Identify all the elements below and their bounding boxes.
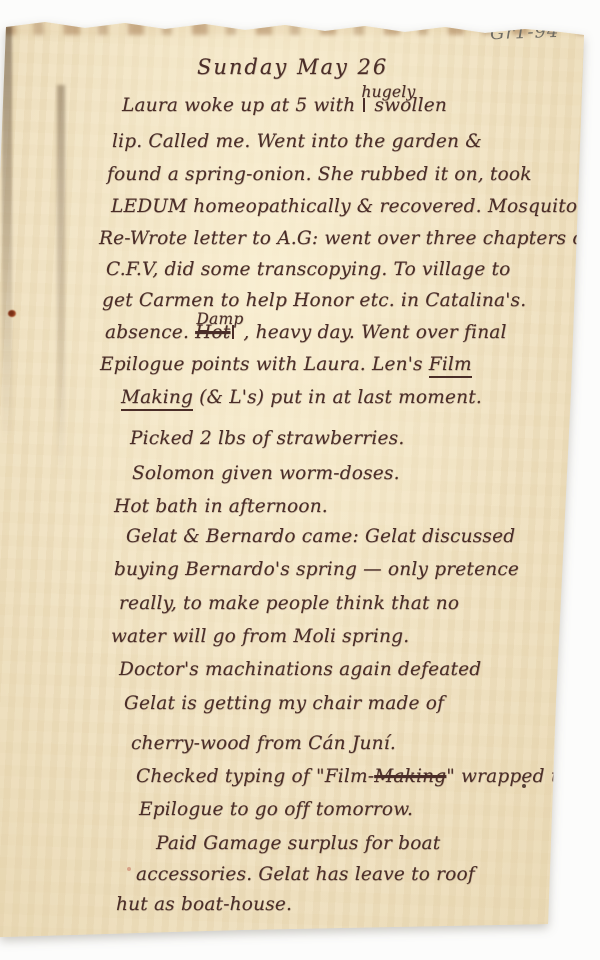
text-segment: Epilogue points with Laura. Len's: [100, 354, 429, 375]
manuscript-line: Making (& L's) put in at last moment.: [121, 389, 482, 408]
text-segment: absence.: [105, 322, 195, 343]
text-segment: Re-Wrote letter to A.G: went over three …: [99, 228, 591, 249]
text-segment: hut as boat-house.: [116, 894, 292, 915]
text-segment: buying Bernardo's spring — only pretence: [114, 559, 519, 580]
text-segment: Picked 2 lbs of strawberries.: [130, 428, 404, 449]
text-segment: C.F.V, did some transcopying. To village…: [106, 259, 511, 280]
manuscript-line: hut as boat-house.: [116, 896, 292, 915]
text-segment: found a spring-onion. She rubbed it on, …: [107, 164, 532, 185]
manuscript-line: get Carmen to help Honor etc. in Catalin…: [102, 292, 526, 311]
manuscript-line: absence. HotDamp, heavy day. Went over f…: [105, 324, 507, 343]
text-segment: " wrapped up: [446, 766, 575, 787]
text-segment: Solomon given worm-doses.: [132, 463, 400, 484]
text-segment: cherry-wood from Cán Juní.: [131, 733, 396, 754]
manuscript-line: lip. Called me. Went into the garden &: [112, 133, 482, 152]
text-segment: Hot bath in afternoon.: [114, 496, 328, 517]
scan-background: Gr1-94 Sunday May 26 Laura woke up at 5 …: [0, 0, 600, 960]
text-segment: , heavy day. Went over final: [243, 322, 506, 343]
ink-spot: [8, 310, 16, 317]
manuscript-line: cherry-wood from Cán Juní.: [131, 735, 396, 754]
manuscript-line: Picked 2 lbs of strawberries.: [130, 430, 404, 449]
manuscript-line: Epilogue points with Laura. Len's Film: [100, 356, 472, 375]
text-segment: Checked typing of "Film-: [136, 766, 374, 787]
paper-speck: [127, 867, 131, 871]
manuscript-page: Gr1-94 Sunday May 26 Laura woke up at 5 …: [0, 0, 600, 960]
entry-body: Laura woke up at 5 with hugelyswollenlip…: [0, 0, 600, 960]
manuscript-line: Epilogue to go off tomorrow.: [139, 801, 413, 820]
struck-text: Making: [374, 766, 446, 787]
manuscript-line: Doctor's machinations again defeated: [119, 661, 481, 680]
manuscript-line: Re-Wrote letter to A.G: went over three …: [99, 230, 591, 249]
manuscript-line: LEDUM homeopathically & recovered. Mosqu…: [111, 198, 587, 217]
text-segment: accessories. Gelat has leave to roof: [136, 864, 475, 885]
inserted-word: hugely: [361, 85, 415, 101]
manuscript-line: really, to make people think that no: [119, 595, 459, 614]
manuscript-line: water will go from Moli spring.: [111, 628, 409, 647]
manuscript-line: Paid Gamage surplus for boat: [156, 835, 440, 854]
manuscript-line: Hot bath in afternoon.: [114, 498, 328, 517]
text-segment: lip. Called me. Went into the garden &: [112, 131, 482, 152]
insertion-caret: Damp: [232, 325, 241, 339]
text-segment: Gelat & Bernardo came: Gelat discussed: [126, 526, 515, 547]
manuscript-line: C.F.V, did some transcopying. To village…: [106, 261, 511, 280]
text-segment: Paid Gamage surplus for boat: [156, 833, 440, 854]
text-segment: Epilogue to go off tomorrow.: [139, 799, 413, 820]
manuscript-line: Checked typing of "Film-Making" wrapped …: [136, 768, 575, 787]
insertion-caret: hugely: [363, 98, 372, 112]
manuscript-line: Gelat & Bernardo came: Gelat discussed: [126, 528, 515, 547]
manuscript-line: buying Bernardo's spring — only pretence: [114, 561, 519, 580]
text-segment: get Carmen to help Honor etc. in Catalin…: [102, 290, 526, 311]
paper-speck: [522, 784, 526, 788]
text-segment: LEDUM homeopathically & recovered. Mosqu…: [111, 196, 587, 217]
inserted-word: Damp: [196, 312, 243, 328]
manuscript-line: accessories. Gelat has leave to roof: [136, 866, 475, 885]
text-segment: water will go from Moli spring.: [111, 626, 409, 647]
manuscript-line: Gelat is getting my chair made of: [124, 695, 444, 714]
text-segment: Doctor's machinations again defeated: [119, 659, 481, 680]
underlined-title: Making: [121, 387, 193, 411]
manuscript-line: Solomon given worm-doses.: [132, 465, 400, 484]
text-segment: Gelat is getting my chair made of: [124, 693, 444, 714]
text-segment: Laura woke up at 5 with: [122, 95, 361, 116]
underlined-title: Film: [429, 354, 472, 378]
paper-shadow-wrap: Gr1-94 Sunday May 26 Laura woke up at 5 …: [0, 0, 600, 960]
text-segment: really, to make people think that no: [119, 593, 459, 614]
manuscript-line: Laura woke up at 5 with hugelyswollen: [122, 97, 447, 116]
manuscript-line: found a spring-onion. She rubbed it on, …: [107, 166, 532, 185]
text-segment: (& L's) put in at last moment.: [193, 387, 482, 408]
